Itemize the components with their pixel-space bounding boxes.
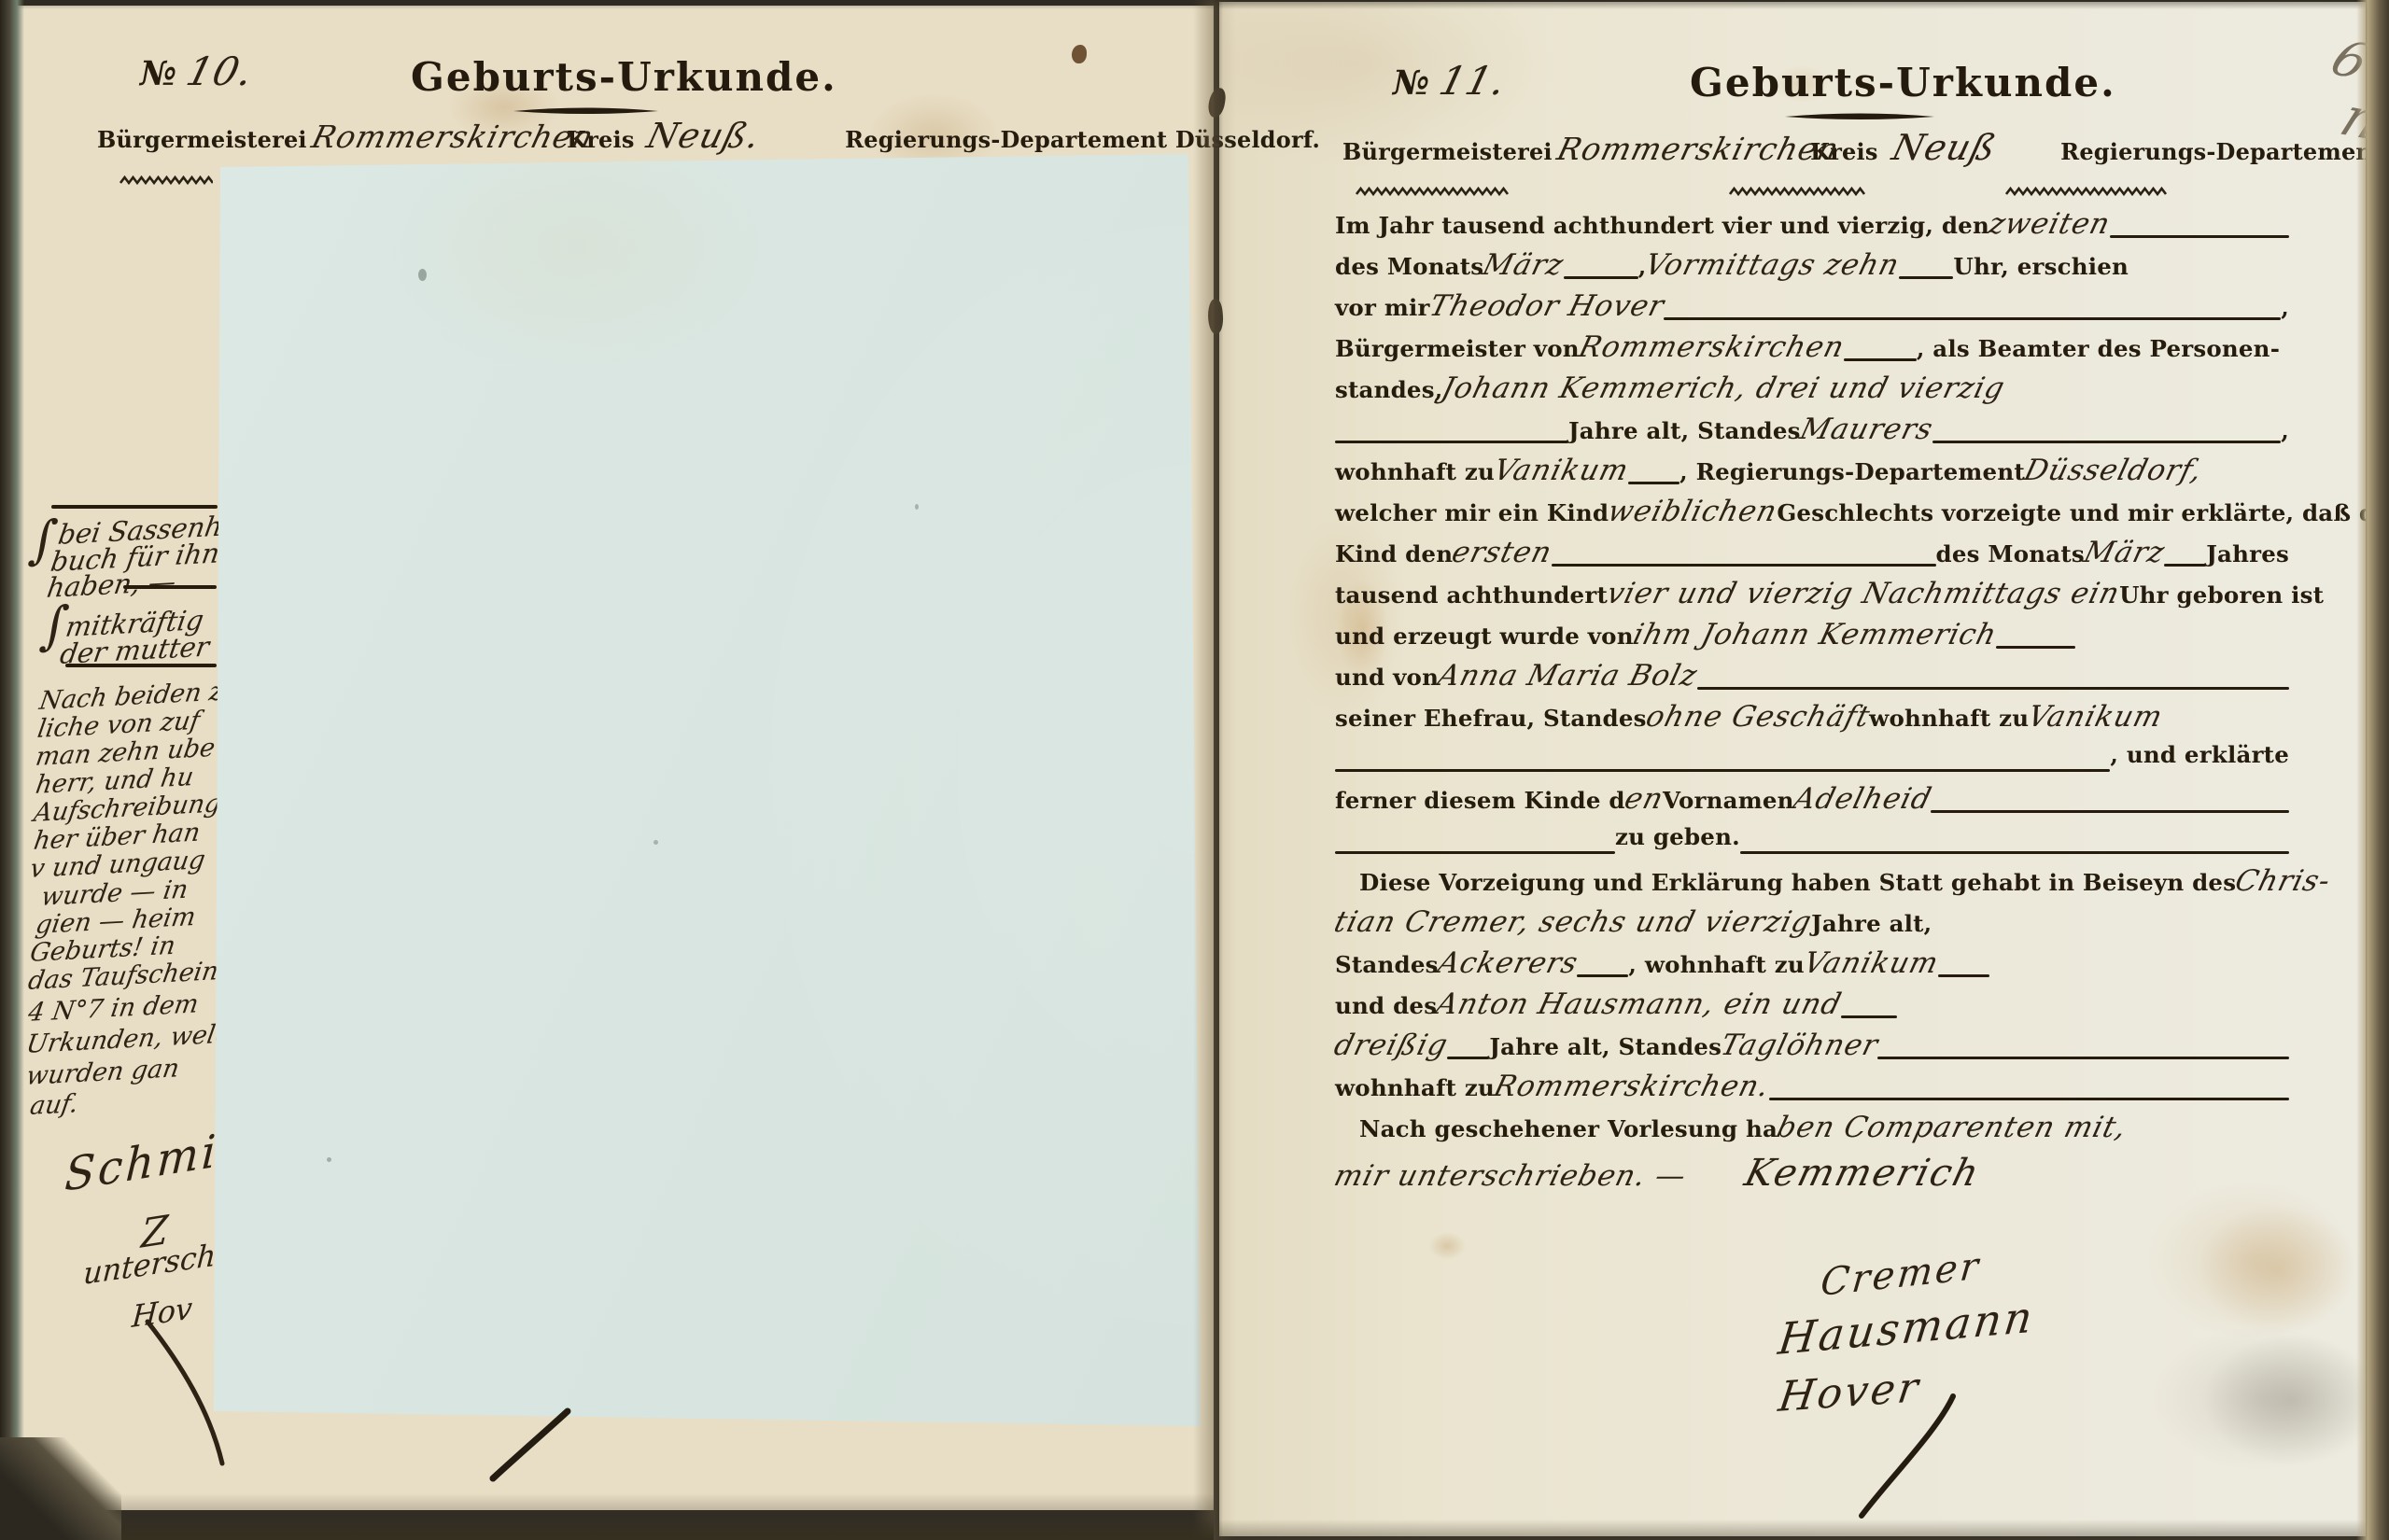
squiggle-underline — [1729, 185, 1869, 198]
form-line: Nach geschehener Vorlesung haben Compare… — [1335, 1111, 2289, 1152]
printed-text: Uhr geboren ist — [2119, 581, 2324, 609]
handwritten-entry: ohne Geschäft — [1642, 700, 1874, 734]
printed-text: seiner Ehefrau, Standes — [1335, 705, 1647, 732]
form-line: Kind den ersten des Monats März Jahres — [1335, 536, 2289, 577]
printed-text: Diese Vorzeigung und Erklärung haben Sta… — [1359, 869, 2236, 896]
squiggle-underline — [119, 174, 213, 187]
form-line: und des Anton Hausmann, ein und — [1335, 987, 2289, 1029]
form-line: standes, Johann Kemmerich, drei und vier… — [1335, 371, 2289, 413]
page-bottom-shadow — [1214, 1519, 2389, 1540]
margin-rule — [51, 505, 218, 509]
handwritten-entry: ihm Johann Kemmerich — [1629, 618, 2000, 651]
handwritten-entry: Vanikum — [2025, 700, 2167, 734]
printed-text: Geschlechts vorzeigte und mir erklärte, … — [1777, 499, 2389, 526]
numero-sign: № — [140, 54, 176, 93]
book-spine-edge — [0, 0, 24, 1540]
printed-text: , als Beamter des Personen- — [1917, 335, 2280, 362]
dash-rule — [1740, 851, 2289, 854]
margin-rule — [65, 664, 217, 667]
certificate-number: № 11. — [1393, 58, 1506, 104]
printed-text: welcher mir ein Kind — [1335, 499, 1609, 526]
dash-rule — [1844, 358, 1917, 361]
dash-rule — [1877, 1057, 2289, 1059]
printed-text: Standes — [1335, 951, 1439, 978]
printed-text: , — [2281, 294, 2289, 321]
printed-text: Bürgermeister von — [1335, 335, 1580, 362]
form-line: dreißig Jahre alt, Standes Taglöhner — [1335, 1029, 2289, 1070]
paper-speck — [418, 269, 427, 281]
inline-signature: Kemmerich — [1740, 1152, 1985, 1195]
handwritten-entry: Ackerers — [1434, 946, 1581, 980]
printed-text: , Regierungs-Departement — [1679, 458, 2025, 485]
page-stack-edge — [2356, 0, 2389, 1540]
form-line: des Monats März , Vormittags zehn Uhr, e… — [1335, 248, 2289, 289]
dash-rule — [1899, 276, 1953, 279]
foxing-stain — [1072, 45, 1087, 63]
dash-rule — [1335, 769, 2110, 772]
printed-text: des Monats — [1936, 540, 2085, 567]
certificate-number-handwritten: 10. — [182, 49, 259, 94]
page-bottom-shadow — [0, 1493, 1214, 1540]
certificate-number: № 10. — [140, 49, 253, 94]
dash-rule — [1841, 1015, 1897, 1018]
printed-text: , und erklärte — [2110, 741, 2289, 768]
form-line: tausend achthundert vier und vierzig Nac… — [1335, 577, 2289, 618]
form-line: mir unterschrieben. —Kemmerich — [1335, 1152, 2289, 1193]
printed-text: Nach geschehener Vorlesung ha — [1359, 1115, 1778, 1142]
dash-rule — [1628, 482, 1679, 484]
numero-sign: № — [1393, 63, 1429, 103]
printed-text: des Monats — [1335, 253, 1483, 280]
handwritten-entry: Theodor Hover — [1426, 289, 1667, 323]
handwritten-entry: Adelheid — [1790, 782, 1935, 816]
form-line: und erzeugt wurde von ihm Johann Kemmeri… — [1335, 618, 2289, 659]
handwritten-entry: Taglöhner — [1718, 1029, 1882, 1062]
printed-text: Jahres — [2206, 540, 2289, 567]
bureau-value-handwritten: Neuß — [1888, 127, 2001, 168]
form-line: und von Anna Maria Bolz — [1335, 659, 2289, 700]
printed-text: Jahre alt, Standes — [1568, 417, 1801, 444]
dash-rule — [1931, 810, 2289, 813]
handwritten-entry: Vanikum — [1491, 454, 1633, 487]
dash-rule — [1996, 646, 2075, 649]
dash-rule — [1335, 851, 1615, 854]
bureau-label: Bürgermeisterei — [1342, 138, 1553, 165]
handwritten-entry: mir unterschrieben. — — [1331, 1159, 1691, 1193]
margin-rule — [123, 585, 217, 589]
printed-text: vor mir — [1335, 294, 1430, 321]
book-scan: № 10. Geburts-Urkunde. Bürgermeisterei R… — [0, 0, 2389, 1540]
page-title: Geburts-Urkunde. — [411, 54, 766, 100]
printed-text: zu geben. — [1615, 823, 1740, 850]
handwritten-entry: März — [2080, 536, 2168, 569]
foxing-stain — [2199, 1204, 2357, 1335]
printed-text: Jahre alt, Standes — [1489, 1033, 1721, 1060]
printed-text: standes, — [1335, 376, 1442, 403]
printed-text: und des — [1335, 992, 1437, 1019]
bureau-label: Bürgermeisterei — [97, 126, 307, 153]
handwritten-entry: ben Comparenten mit, — [1774, 1111, 2130, 1144]
title-ornament — [1783, 110, 1937, 123]
paper-speck — [653, 840, 658, 845]
printed-text: ferner diesem Kinde d — [1335, 787, 1625, 814]
handwritten-entry: Düsseldorf, — [2020, 454, 2205, 487]
certificate-number-handwritten: 11. — [1435, 58, 1511, 104]
form-line: zu geben. — [1335, 823, 2289, 864]
dash-rule — [1938, 974, 1989, 977]
handwritten-entry: dreißig — [1331, 1029, 1452, 1062]
squiggle-underline — [1356, 185, 1514, 198]
printed-text: Jahre alt, — [1811, 910, 1932, 937]
foxing-stain — [2203, 1335, 2381, 1465]
form-line: wohnhaft zu Vanikum , Regierungs-Departe… — [1335, 454, 2289, 495]
dash-rule — [1577, 974, 1628, 977]
bureau-value-handwritten: Rommerskirchen — [1553, 131, 1843, 167]
handwriting-fragment: auf. — [28, 1089, 80, 1121]
printed-text: und erzeugt wurde von — [1335, 623, 1634, 650]
bureau-line: Bürgermeisterei Rommerskirchen Kreis Neu… — [1342, 127, 2389, 168]
bureau-line: Bürgermeisterei Rommerskirchen Kreis Neu… — [97, 116, 1320, 156]
handwritten-entry: Johann Kemmerich, drei und vierzig — [1439, 371, 2009, 405]
handwritten-entry: März — [1480, 248, 1567, 282]
squiggle-underline — [2005, 185, 2173, 198]
form-line: ferner diesem Kinde den Vornamen Adelhei… — [1335, 782, 2289, 823]
paper-speck — [915, 504, 919, 510]
handwritten-entry: Anna Maria Bolz — [1435, 659, 1702, 693]
bureau-value-handwritten: Neuß. — [642, 116, 764, 156]
printed-text: Uhr, erschien — [1953, 253, 2129, 280]
dash-rule — [2164, 564, 2206, 567]
form-line: wohnhaft zu Rommerskirchen. — [1335, 1070, 2289, 1111]
printed-text: Im Jahr tausend achthundert vier und vie… — [1335, 212, 1989, 239]
page-top-shadow — [0, 0, 2389, 9]
form-line: Im Jahr tausend achthundert vier und vie… — [1335, 207, 2289, 248]
form-line: seiner Ehefrau, Standes ohne Geschäft wo… — [1335, 700, 2289, 741]
form-line: tian Cremer, sechs und vierzig Jahre alt… — [1335, 905, 2289, 946]
handwritten-entry: tian Cremer, sechs und vierzig — [1331, 905, 1816, 939]
bureau-label: Regierungs-Departement Düsseldorf. — [845, 126, 1320, 153]
handwritten-entry: weiblichen — [1605, 495, 1781, 528]
handwritten-entry: en — [1621, 782, 1666, 816]
printed-text: wohnhaft zu — [1335, 458, 1495, 485]
printed-text: , wohnhaft zu — [1628, 951, 1805, 978]
dash-rule — [1664, 317, 2281, 320]
form-line: vor mir Theodor Hover, — [1335, 289, 2289, 330]
bureau-value-handwritten: Rommerskirchen — [308, 119, 597, 155]
dash-rule — [1335, 441, 1568, 443]
dash-rule — [1447, 1057, 1489, 1059]
handwritten-entry: Anton Hausmann, ein und — [1433, 987, 1846, 1021]
dash-rule — [1769, 1098, 2289, 1100]
handwritten-entry: Maurers — [1796, 413, 1936, 446]
dash-rule — [1564, 276, 1638, 279]
dash-rule — [1697, 687, 2289, 690]
covered-signature-flourish — [478, 1402, 581, 1491]
center-fold — [1193, 0, 1236, 1540]
handwritten-entry: Rommerskirchen — [1575, 330, 1848, 364]
certificate-form-body: Im Jahr tausend achthundert vier und vie… — [1335, 207, 2289, 1193]
book-cover-corner — [0, 1437, 121, 1540]
printed-text: tausend achthundert — [1335, 581, 1608, 609]
printed-text: , — [2281, 417, 2289, 444]
printed-text: wohnhaft zu — [1335, 1074, 1495, 1101]
handwritten-entry: Chris- — [2232, 864, 2335, 898]
paper-speck — [327, 1157, 331, 1162]
handwritten-entry: vier und vierzig Nachmittags ein — [1603, 577, 2123, 610]
handwritten-entry: Vormittags zehn — [1642, 248, 1904, 282]
form-line: Standes Ackerers , wohnhaft zu Vanikum — [1335, 946, 2289, 987]
handwritten-entry: zweiten — [1985, 207, 2114, 241]
printed-text: Kind den — [1335, 540, 1453, 567]
dash-rule — [2110, 235, 2289, 238]
handwritten-entry: ersten — [1449, 536, 1556, 569]
handwritten-entry: Vanikum — [1800, 946, 1942, 980]
dash-rule — [1932, 441, 2282, 443]
dash-rule — [1552, 564, 1935, 567]
printed-text: wohnhaft zu — [1869, 705, 2029, 732]
printed-text: und von — [1335, 664, 1439, 691]
handwritten-entry: Rommerskirchen. — [1491, 1070, 1774, 1103]
signature-flourish — [1848, 1389, 1970, 1524]
page-title: Geburts-Urkunde. — [1690, 60, 2040, 105]
form-line: , und erklärte — [1335, 741, 2289, 782]
form-line: welcher mir ein Kind weiblichen Geschlec… — [1335, 495, 2289, 536]
form-line: Jahre alt, Standes Maurers, — [1335, 413, 2289, 454]
form-line: Bürgermeister von Rommerskirchen, als Be… — [1335, 330, 2289, 371]
form-line: Diese Vorzeigung und Erklärung haben Sta… — [1335, 864, 2289, 905]
foxing-stain — [1428, 1232, 1466, 1260]
printed-text: Vornamen — [1663, 787, 1794, 814]
